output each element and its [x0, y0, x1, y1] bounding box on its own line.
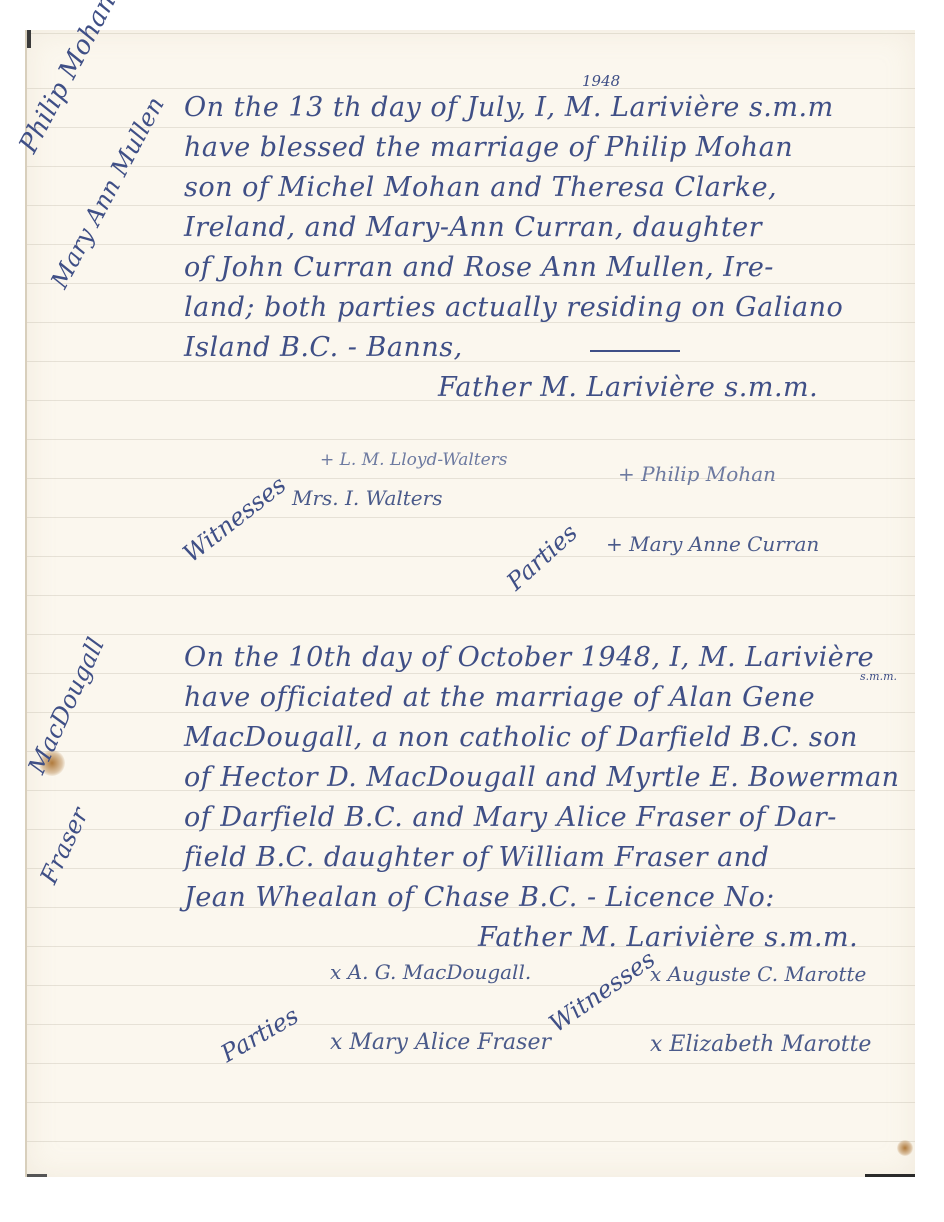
page-corner-shadow — [27, 1174, 47, 1177]
priest-signature: Father M. Larivière s.m.m. — [478, 922, 858, 953]
party-signature: x Mary Alice Fraser — [330, 1030, 551, 1055]
ink-stain — [897, 1140, 913, 1156]
party-signature: + Philip Mohan — [618, 462, 776, 486]
entry-line: MacDougall, a non catholic of Darfield B… — [184, 722, 858, 753]
entry-line: son of Michel Mohan and Theresa Clarke, — [184, 172, 777, 203]
witness-signature: x Elizabeth Marotte — [650, 1032, 871, 1057]
smm-insert: s.m.m. — [860, 670, 897, 683]
priest-signature: Father M. Larivière s.m.m. — [438, 372, 818, 403]
entry-line: On the 10th day of October 1948, I, M. L… — [184, 642, 874, 673]
page-corner-shadow — [27, 30, 31, 48]
banns-underline — [590, 350, 680, 352]
witness-signature: x Auguste C. Marotte — [650, 962, 866, 986]
party-signature: + Mary Anne Curran — [606, 532, 819, 556]
witness-signature: + L. M. Lloyd-Walters — [320, 450, 508, 470]
entry-line: On the 13 th day of July, I, M. Larivièr… — [184, 92, 834, 123]
year-insert: 1948 — [582, 72, 620, 90]
entry-line: have blessed the marriage of Philip Moha… — [184, 132, 793, 163]
witness-signature: Mrs. I. Walters — [292, 486, 442, 510]
entry-line: Ireland, and Mary-Ann Curran, daughter — [184, 212, 762, 243]
entry-line: have officiated at the marriage of Alan … — [184, 682, 815, 713]
party-signature: x A. G. MacDougall. — [330, 960, 531, 984]
entry-line: land; both parties actually residing on … — [184, 292, 843, 323]
entry-line: of Hector D. MacDougall and Myrtle E. Bo… — [184, 762, 900, 793]
entry-line: of John Curran and Rose Ann Mullen, Ire- — [184, 252, 774, 283]
entry-line: Jean Whealan of Chase B.C. - Licence No: — [184, 882, 775, 913]
entry-line: Island B.C. - Banns, — [184, 332, 463, 363]
entry-line: field B.C. daughter of William Fraser an… — [184, 842, 769, 873]
entry-line: of Darfield B.C. and Mary Alice Fraser o… — [184, 802, 837, 833]
page-corner-shadow — [865, 1174, 915, 1177]
